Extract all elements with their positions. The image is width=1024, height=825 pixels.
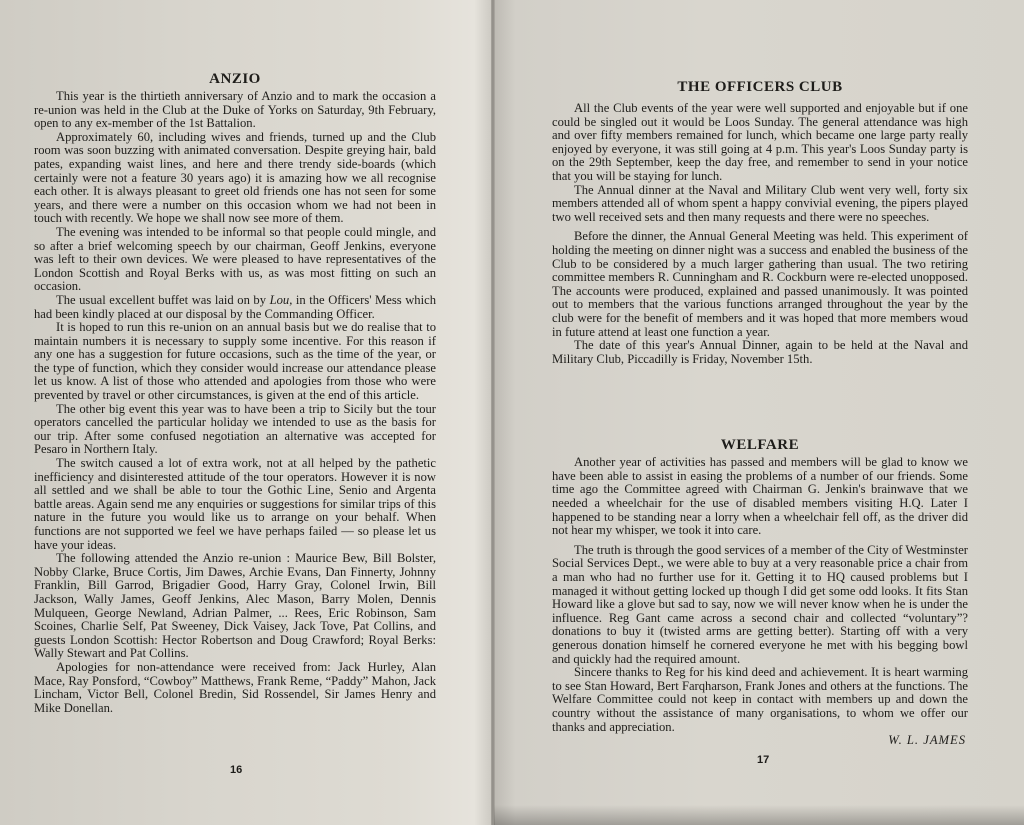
italic-name: Lou, [270,293,293,307]
page-number: 17 [757,754,769,766]
paragraph: The switch caused a lot of extra work, n… [34,457,436,552]
welfare-title: WELFARE [552,436,968,454]
booklet-spread: ANZIO This year is the thirtieth anniver… [0,0,1024,825]
apologies-paragraph: Apologies for non-attendance were receiv… [34,661,436,715]
text: The usual excellent buffet was laid on b… [56,293,270,307]
paragraph: The date of this year's Annual Dinner, a… [552,339,968,366]
paragraph: The Annual dinner at the Naval and Milit… [552,184,968,225]
paragraph: Before the dinner, the Annual General Me… [552,230,968,339]
spine-gutter [491,0,495,825]
anzio-article: ANZIO This year is the thirtieth anniver… [34,70,436,715]
paragraph: The other big event this year was to hav… [34,403,436,457]
paragraph: Approximately 60, including wives and fr… [34,131,436,226]
right-column: THE OFFICERS CLUB All the Club events of… [552,78,968,748]
page-number: 16 [230,764,242,776]
paragraph: This year is the thirtieth anniversary o… [34,90,436,131]
paragraph: It is hoped to run this re-union on an a… [34,321,436,403]
paragraph: The usual excellent buffet was laid on b… [34,294,436,321]
anzio-title: ANZIO [34,70,436,88]
paragraph: All the Club events of the year were wel… [552,102,968,184]
paragraph: Another year of activities has passed an… [552,456,968,538]
paragraph: The truth is through the good services o… [552,544,968,666]
attendees-paragraph: The following attended the Anzio re-unio… [34,552,436,661]
officers-club-title: THE OFFICERS CLUB [552,78,968,96]
page-shadow [494,805,1024,825]
author-signature: W. L. JAMES [552,734,968,748]
paragraph: The evening was intended to be informal … [34,226,436,294]
left-page: ANZIO This year is the thirtieth anniver… [0,0,494,825]
paragraph: Sincere thanks to Reg for his kind deed … [552,666,968,734]
